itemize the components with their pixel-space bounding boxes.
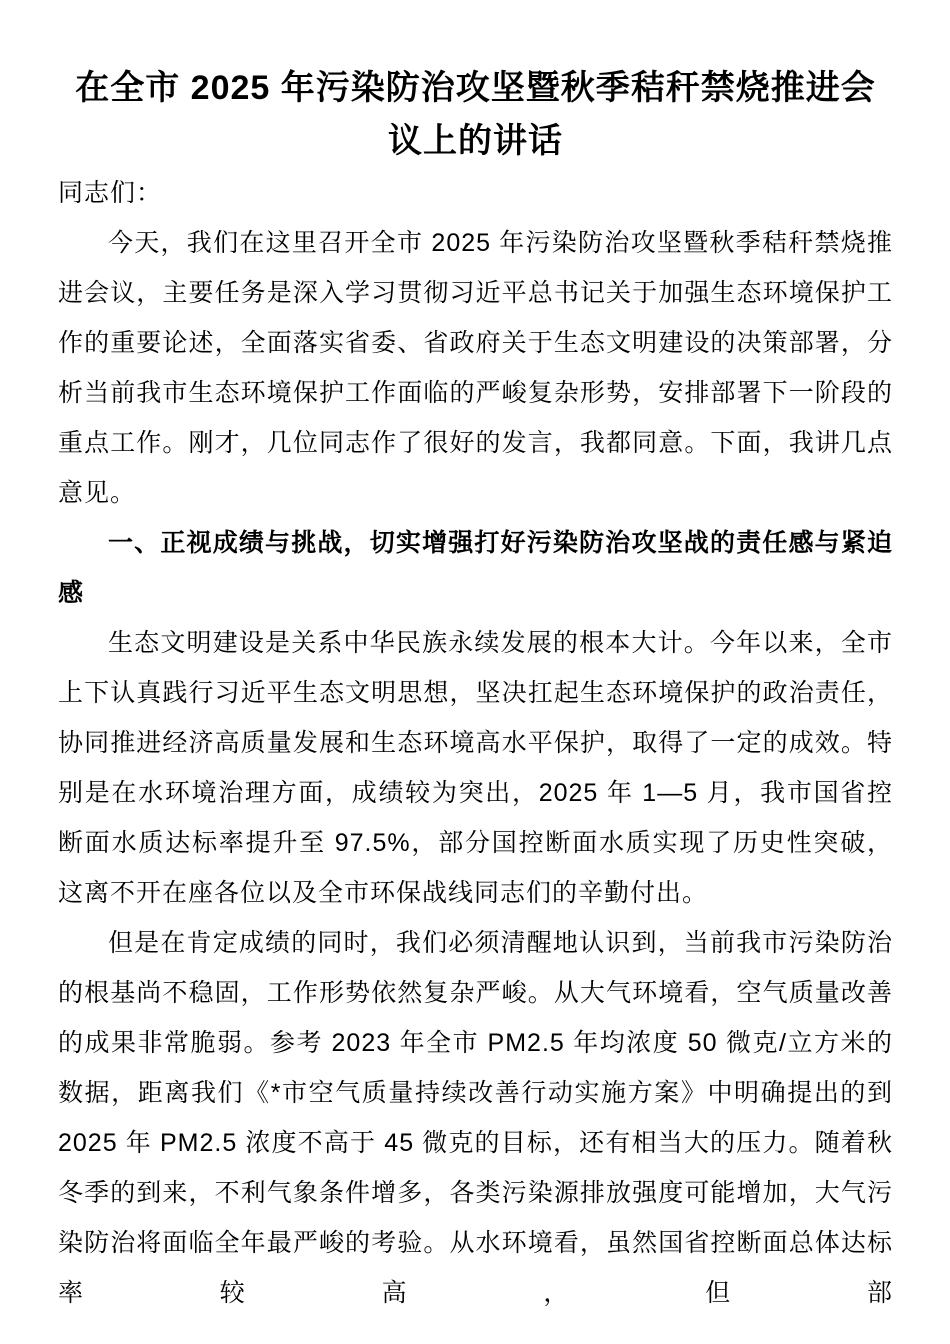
paragraph-achievements: 生态文明建设是关系中华民族永续发展的根本大计。今年以来，全市上下认真践行习近平生… — [58, 618, 893, 918]
paragraph-challenges: 但是在肯定成绩的同时，我们必须清醒地认识到，当前我市污染防治的根基尚不稳固，工作… — [58, 918, 893, 1318]
salutation: 同志们： — [58, 168, 893, 218]
document-body: 同志们： 今天，我们在这里召开全市 2025 年污染防治攻坚暨秋季秸秆禁烧推进会… — [58, 168, 893, 1318]
paragraph-opening: 今天，我们在这里召开全市 2025 年污染防治攻坚暨秋季秸秆禁烧推进会议，主要任… — [58, 218, 893, 518]
section-heading: 一、正视成绩与挑战，切实增强打好污染防治攻坚战的责任感与紧迫感 — [58, 518, 893, 618]
document-page: 在全市 2025 年污染防治攻坚暨秋季秸秆禁烧推进会议上的讲话 同志们： 今天，… — [0, 0, 950, 1344]
document-title: 在全市 2025 年污染防治攻坚暨秋季秸秆禁烧推进会议上的讲话 — [66, 62, 886, 168]
